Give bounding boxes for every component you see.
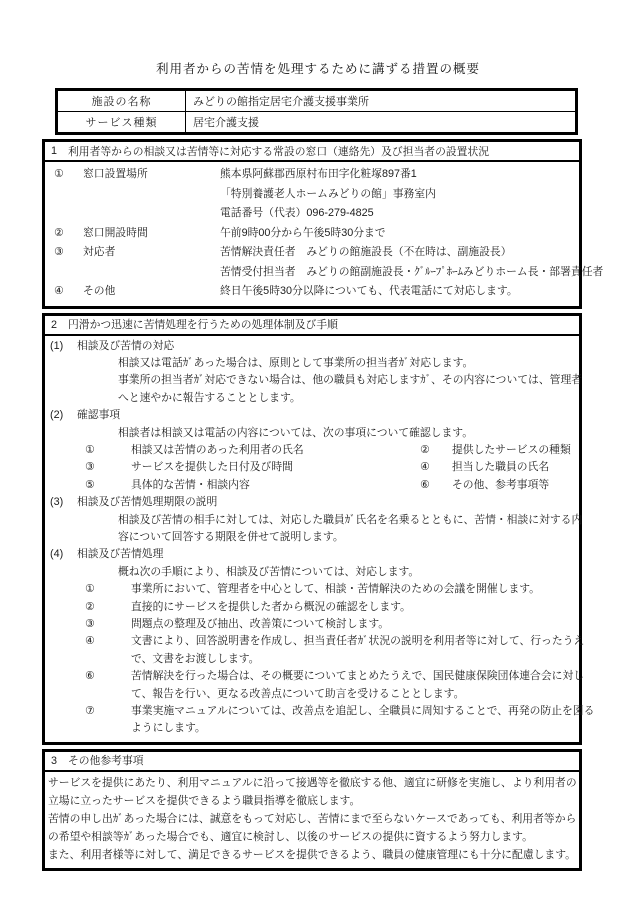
section-3: 3 その他参考事項 サービスを提供にあたり、利用マニュアルに沿って接遇等を徹底す… [42, 749, 582, 871]
item-number: ③ [85, 459, 131, 476]
step-row: ② 直接的にサービスを提供した者から概況の確認をします。 [45, 599, 579, 616]
section-2: 2 円滑かつ迅速に苦情処理を行うための処理体制及び手順 (1) 相談及び苦情の対… [42, 313, 582, 745]
checklist-item: 担当した職員の氏名 [452, 459, 579, 476]
block-title: 相談及び苦情の対応 [77, 338, 174, 355]
section-3-heading: 3 その他参考事項 [45, 752, 579, 772]
item-number [54, 263, 83, 283]
paragraph-line: 概ね次の手順により、相談及び苦情については、対応します。 [45, 564, 579, 581]
section-3-title: その他参考事項 [68, 753, 579, 768]
remarks-line: サービスを提供にあたり、利用マニュアルに沿って接遇等を徹底する他、適宜に研修を実… [48, 774, 577, 792]
item-number: ① [54, 165, 83, 185]
item-number: ③ [85, 616, 131, 633]
item-label: 窓口開設時間 [83, 224, 220, 244]
checklist-row: ③ サービスを提供した日付及び時間 ④ 担当した職員の氏名 [45, 459, 579, 476]
block-label: (1) [50, 338, 77, 355]
step-text: 苦情解決を行った場合は、その概要についてまとめたうえで、国民健康保険団体連合会に… [131, 668, 584, 685]
item-value: 苦情受付担当者 みどりの館副施設長・ｸﾞﾙｰﾌﾟﾎｰﾑみどりホーム長・部署責任者 [220, 263, 603, 283]
paragraph-line: 事業所の担当者ｶﾞ対応できない場合は、他の職員も対応しますｶﾞ、その内容について… [45, 372, 579, 389]
item-label: 対応者 [83, 243, 220, 263]
item-number: ① [85, 442, 131, 459]
section-1-body: ① 窓口設置場所 熊本県阿蘇郡西原村布田字化粧塚897番1 「特別養護老人ホーム… [45, 162, 579, 306]
item-value: 午前9時00分から午後5時30分まで [220, 224, 579, 244]
remarks-line: 苦情の申し出ｶﾞあった場合には、誠意をもって対応し、苦情にまで至らないケースであ… [48, 810, 577, 828]
item-label [83, 204, 220, 224]
block-title: 確認事項 [77, 407, 120, 424]
contact-row-other: ④ その他 終日午後5時30分以降についても、代表電話にて対応します。 [54, 282, 579, 302]
checklist-row: ① 相談又は苦情のあった利用者の氏名 ② 提供したサービスの種類 [45, 442, 579, 459]
step-row-continuation: ようにします。 [45, 720, 579, 737]
remarks-line: 立場に立ったサービスを提供できるよう職員指導を徹底します。 [48, 792, 577, 810]
service-type-label: サービス種類 [58, 112, 186, 132]
paragraph-line: 相談又は電話ｶﾞあった場合は、原則として事業所の担当者ｶﾞ対応します。 [45, 355, 579, 372]
checklist-item: 具体的な苦情・相談内容 [131, 477, 420, 494]
item-value: 「特別養護老人ホームみどりの館」事務室内 [220, 185, 579, 205]
item-number: ④ [420, 459, 452, 476]
item-number: ⑥ [420, 477, 452, 494]
checklist-item: サービスを提供した日付及び時間 [131, 459, 420, 476]
block-label: (2) [50, 407, 77, 424]
checklist-item: 相談又は苦情のあった利用者の氏名 [131, 442, 420, 459]
item-label: その他 [83, 282, 220, 302]
section-2-number: 2 [51, 319, 68, 331]
step-text: 問題点の整理及び抽出、改善策について検討します。 [131, 616, 579, 633]
section-3-body: サービスを提供にあたり、利用マニュアルに沿って接遇等を徹底する他、適宜に研修を実… [45, 772, 579, 868]
section-1-number: 1 [51, 145, 68, 157]
facility-name-label: 施設の名称 [58, 91, 186, 111]
item-number [85, 686, 131, 703]
contact-row-window-location: ① 窓口設置場所 熊本県阿蘇郡西原村布田字化粧塚897番1 [54, 165, 579, 185]
document-title: 利用者からの苦情を処理するために講ずる措置の概要 [0, 0, 636, 77]
step-row: ① 事業所において、管理者を中心として、相談・苦情解決のための会議を開催します。 [45, 581, 579, 598]
item-number: ⑦ [85, 703, 131, 720]
paragraph-line: 相談者は相談又は電話の内容については、次の事項について確認します。 [45, 425, 579, 442]
item-label [83, 185, 220, 205]
item-number: ⑥ [85, 668, 131, 685]
item-value: 熊本県阿蘇郡西原村布田字化粧塚897番1 [220, 165, 579, 185]
item-value: 苦情解決責任者 みどりの館施設長（不在時は、副施設長） [220, 243, 579, 263]
remarks-line: の希望や相談等ｶﾞあった場合でも、適宜に検討し、以後のサービスの提供に資するよう… [48, 828, 577, 846]
step-text: 文書により、回答説明書を作成し、担当責任者ｶﾞ状況の説明を利用者等に対して、行っ… [131, 633, 584, 650]
block-label: (3) [50, 494, 77, 511]
paragraph-line: 容について回答する期限を併せて説明します。 [45, 529, 579, 546]
step-text: て、報告を行い、更なる改善点について助言を受けることとします。 [131, 686, 579, 703]
document-page: 利用者からの苦情を処理するために講ずる措置の概要 施設の名称 みどりの館指定居宅… [0, 0, 636, 899]
section-1-title: 利用者等からの相談又は苦情等に対応する常設の窓口（連絡先）及び担当者の設置状況 [68, 144, 579, 159]
item-number: ④ [85, 633, 131, 650]
item-number: ④ [54, 282, 83, 302]
item-number [54, 204, 83, 224]
section-2-body: (1) 相談及び苦情の対応 相談又は電話ｶﾞあった場合は、原則として事業所の担当… [45, 336, 579, 742]
step-text: 直接的にサービスを提供した者から概況の確認をします。 [131, 599, 579, 616]
step-row: ⑦ 事業実施マニュアルについては、改善点を追記し、全職員に周知することで、再発の… [45, 703, 579, 720]
item-number [85, 651, 131, 668]
paragraph-line: へと速やかに報告することとします。 [45, 390, 579, 407]
section-2-heading: 2 円滑かつ迅速に苦情処理を行うための処理体制及び手順 [45, 316, 579, 336]
checklist-item: その他、参考事項等 [452, 477, 579, 494]
facility-info-table: 施設の名称 みどりの館指定居宅介護支援事業所 サービス種類 居宅介護支援 [55, 88, 578, 135]
item-number [54, 185, 83, 205]
item-value: 電話番号（代表）096-279-4825 [220, 204, 579, 224]
block-title: 相談及び苦情処理期限の説明 [77, 494, 217, 511]
checklist-row: ⑤ 具体的な苦情・相談内容 ⑥ その他、参考事項等 [45, 477, 579, 494]
contact-row-phone: 電話番号（代表）096-279-4825 [54, 204, 579, 224]
item-value: 終日午後5時30分以降についても、代表電話にて対応します。 [220, 282, 579, 302]
contact-row-hours: ② 窓口開設時間 午前9時00分から午後5時30分まで [54, 224, 579, 244]
section-2-title: 円滑かつ迅速に苦情処理を行うための処理体制及び手順 [68, 317, 579, 332]
facility-name-row: 施設の名称 みどりの館指定居宅介護支援事業所 [58, 91, 575, 111]
step-text: 事業所において、管理者を中心として、相談・苦情解決のための会議を開催します。 [131, 581, 579, 598]
step-row: ⑥ 苦情解決を行った場合は、その概要についてまとめたうえで、国民健康保険団体連合… [45, 668, 579, 685]
step-text: 事業実施マニュアルについては、改善点を追記し、全職員に周知することで、再発の防止… [131, 703, 594, 720]
block-label: (4) [50, 546, 77, 563]
contact-row-staff-continuation: 苦情受付担当者 みどりの館副施設長・ｸﾞﾙｰﾌﾟﾎｰﾑみどりホーム長・部署責任者 [54, 263, 579, 283]
item-number: ② [85, 599, 131, 616]
section-1: 1 利用者等からの相談又は苦情等に対応する常設の窓口（連絡先）及び担当者の設置状… [42, 139, 582, 309]
item-number: ⑤ [85, 477, 131, 494]
contact-row-staff: ③ 対応者 苦情解決責任者 みどりの館施設長（不在時は、副施設長） [54, 243, 579, 263]
paragraph-line: 相談及び苦情の相手に対しては、対応した職員ｶﾞ氏名を名乗るとともに、苦情・相談に… [45, 512, 579, 529]
service-type-row: サービス種類 居宅介護支援 [58, 111, 575, 132]
section-3-number: 3 [51, 755, 68, 767]
block-1-heading: (1) 相談及び苦情の対応 [45, 338, 579, 355]
step-row-continuation: で、文書をお渡しします。 [45, 651, 579, 668]
step-row: ③ 問題点の整理及び抽出、改善策について検討します。 [45, 616, 579, 633]
item-label: 窓口設置場所 [83, 165, 220, 185]
item-number: ② [54, 224, 83, 244]
block-title: 相談及び苦情処理 [77, 546, 163, 563]
step-text: で、文書をお渡しします。 [131, 651, 579, 668]
step-row-continuation: て、報告を行い、更なる改善点について助言を受けることとします。 [45, 686, 579, 703]
item-number [85, 720, 131, 737]
facility-name-value: みどりの館指定居宅介護支援事業所 [186, 91, 575, 111]
section-1-heading: 1 利用者等からの相談又は苦情等に対応する常設の窓口（連絡先）及び担当者の設置状… [45, 142, 579, 162]
step-row: ④ 文書により、回答説明書を作成し、担当責任者ｶﾞ状況の説明を利用者等に対して、… [45, 633, 579, 650]
block-4-heading: (4) 相談及び苦情処理 [45, 546, 579, 563]
item-number: ③ [54, 243, 83, 263]
remarks-line: また、利用者様等に対して、満足できるサービスを提供できるよう、職員の健康管理にも… [48, 846, 577, 864]
item-label [83, 263, 220, 283]
checklist-item: 提供したサービスの種類 [452, 442, 579, 459]
item-number: ① [85, 581, 131, 598]
contact-row-continuation: 「特別養護老人ホームみどりの館」事務室内 [54, 185, 579, 205]
service-type-value: 居宅介護支援 [186, 112, 575, 132]
step-text: ようにします。 [131, 720, 579, 737]
block-3-heading: (3) 相談及び苦情処理期限の説明 [45, 494, 579, 511]
block-2-heading: (2) 確認事項 [45, 407, 579, 424]
item-number: ② [420, 442, 452, 459]
